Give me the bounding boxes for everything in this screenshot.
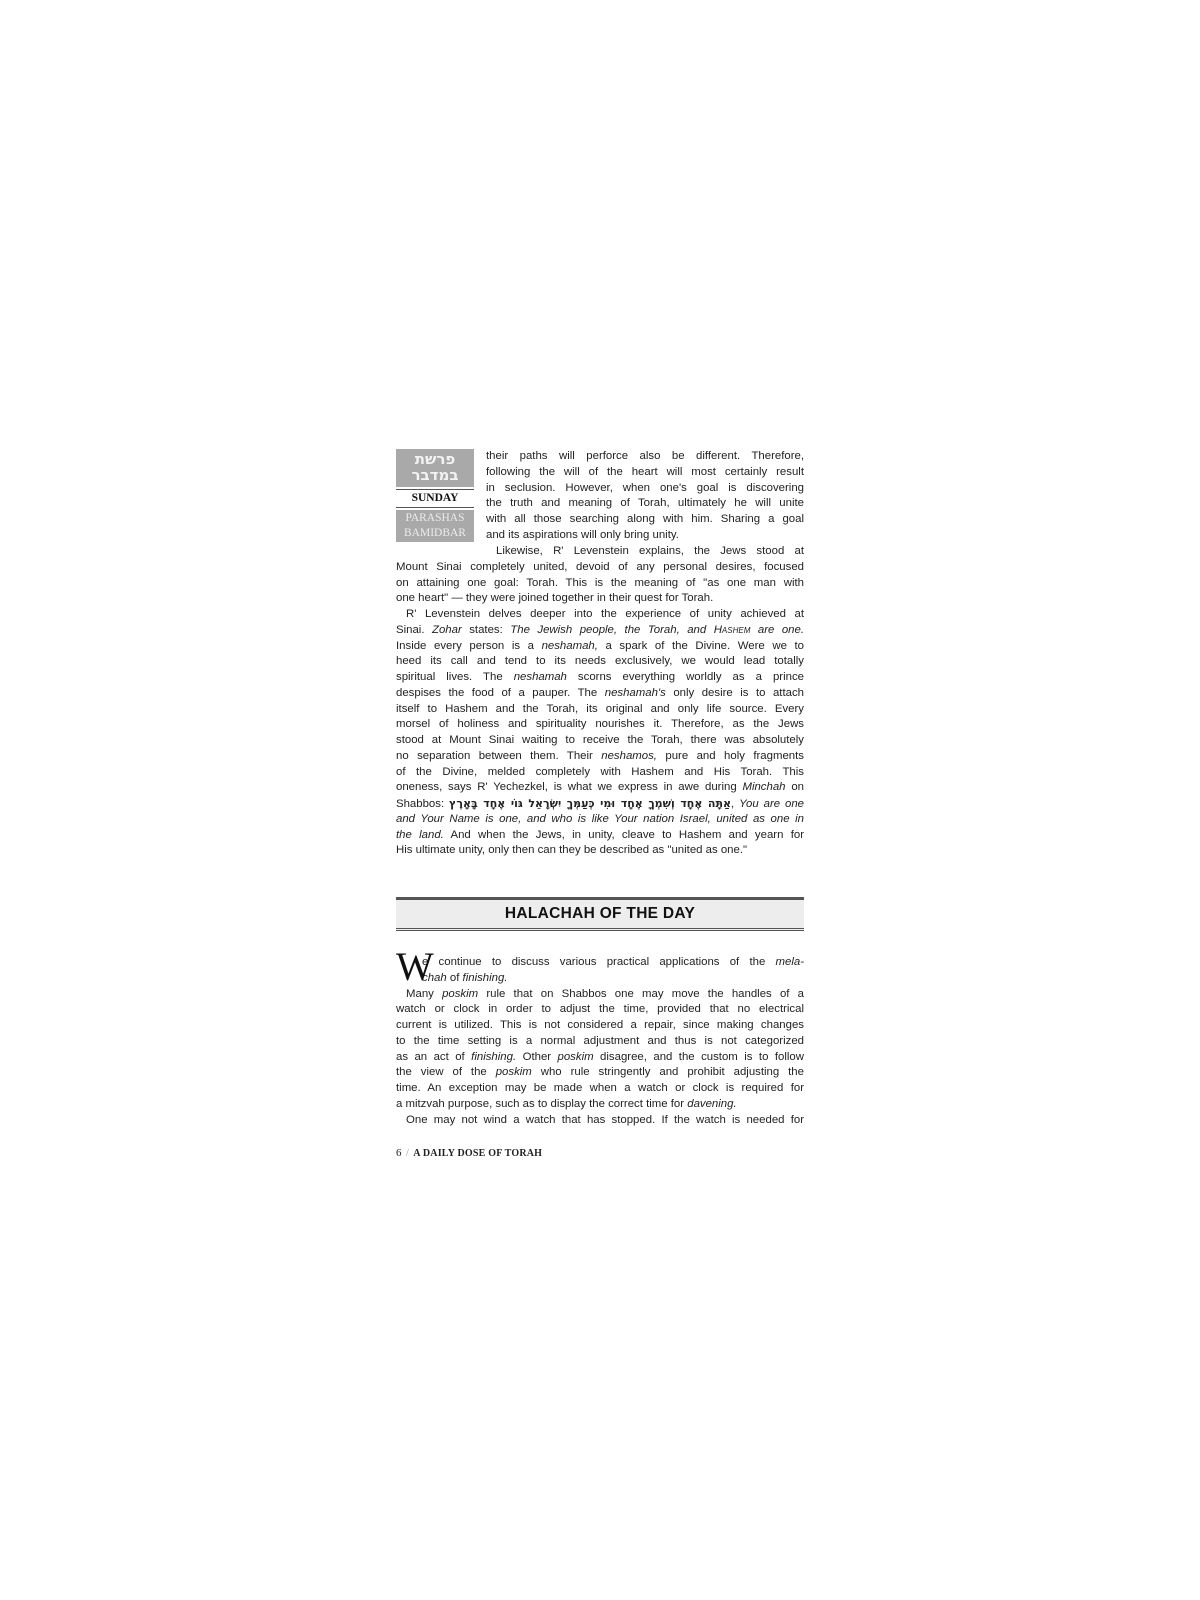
- essay-paragraph-1: their paths will perforce also be differ…: [486, 449, 804, 544]
- text-line: oneness, says R' Yechezkel, is what we e…: [396, 780, 804, 796]
- text-line: in seclusion. However, when one's goal i…: [486, 481, 804, 497]
- text-line: heed its call and tend to its needs excl…: [396, 654, 804, 670]
- hebrew-title-line1: פרשת: [396, 451, 474, 467]
- divider: [396, 507, 474, 508]
- text-line: the view of the poskim who rule stringen…: [396, 1065, 804, 1081]
- text-line: one heart" — they were joined together i…: [396, 591, 804, 607]
- halachah-paragraph-2: Many poskim rule that on Shabbos one may…: [396, 987, 804, 1113]
- essay-paragraph-3: R' Levenstein delves deeper into the exp…: [396, 607, 804, 859]
- text-line: their paths will perforce also be differ…: [486, 449, 804, 465]
- text-line: the truth and meaning of Torah, ultimate…: [486, 496, 804, 512]
- parasha-sidebar-label: פרשת במדבר SUNDAY PARASHAS BAMIDBAR: [396, 449, 474, 542]
- text-line: with all those searching along with him.…: [486, 512, 804, 528]
- text-line: spiritual lives. The neshamah scorns eve…: [396, 670, 804, 686]
- opening-section: פרשת במדבר SUNDAY PARASHAS BAMIDBAR thei…: [396, 449, 804, 544]
- text-line: His ultimate unity, only then can they b…: [396, 843, 804, 859]
- text-line: the land. And when the Jews, in unity, c…: [396, 828, 804, 844]
- text-line: and Your Name is one, and who is like Yo…: [396, 812, 804, 828]
- hebrew-verse: אַתָּה אֶחָד וְשִׁמְךָ אֶחָד וּמִי כְּעַ…: [449, 797, 731, 810]
- hebrew-title-line2: במדבר: [396, 467, 474, 483]
- text-line: watch or clock in order to adjust the ti…: [396, 1002, 804, 1018]
- day-label: SUNDAY: [396, 492, 474, 505]
- text-line: stood at Mount Sinai waiting to receive …: [396, 733, 804, 749]
- text-line: itself to Hashem and the Torah, its orig…: [396, 702, 804, 718]
- text-line: Mount Sinai completely united, devoid of…: [396, 560, 804, 576]
- footer-separator: /: [406, 1148, 409, 1159]
- text-line: to the time setting is a normal adjustme…: [396, 1034, 804, 1050]
- halachah-body: W e continue to discuss various practica…: [396, 955, 804, 1128]
- text-line: e continue to discuss various practical …: [396, 955, 804, 971]
- text-line: following the will of the heart will mos…: [486, 465, 804, 481]
- page-footer: 6 / A DAILY DOSE OF TORAH: [396, 1146, 804, 1162]
- hebrew-parasha-title: פרשת במדבר: [396, 449, 474, 487]
- page-number: 6: [396, 1147, 402, 1159]
- text-line: current is utilized. This is not conside…: [396, 1018, 804, 1034]
- text-line: despises the food of a pauper. The nesha…: [396, 686, 804, 702]
- book-page: פרשת במדבר SUNDAY PARASHAS BAMIDBAR thei…: [396, 449, 804, 1162]
- drop-cap: W: [396, 950, 434, 984]
- text-line: no separation between them. Their nesham…: [396, 749, 804, 765]
- text-line: chah of finishing.: [396, 971, 804, 987]
- text-line: Shabbos: אַתָּה אֶחָד וְשִׁמְךָ אֶחָד וּ…: [396, 796, 804, 812]
- essay-paragraph-2: Likewise, R' Levenstein explains, the Je…: [396, 544, 804, 607]
- text-line: Likewise, R' Levenstein explains, the Je…: [396, 544, 804, 560]
- halachah-section-header: HALACHAH OF THE DAY: [396, 897, 804, 931]
- text-line: Sinai. Zohar states: The Jewish people, …: [396, 623, 804, 639]
- text-line: One may not wind a watch that has stoppe…: [396, 1113, 804, 1129]
- parasha-line2: BAMIDBAR: [396, 526, 474, 541]
- text-line: R' Levenstein delves deeper into the exp…: [396, 607, 804, 623]
- text-line: Many poskim rule that on Shabbos one may…: [396, 987, 804, 1003]
- text-line: and its aspirations will only bring unit…: [486, 528, 804, 544]
- text-line: morsel of holiness and spirituality nour…: [396, 717, 804, 733]
- text-line: of the Divine, melded completely with Ha…: [396, 765, 804, 781]
- text-line: a mitzvah purpose, such as to display th…: [396, 1097, 804, 1113]
- halachah-intro: W e continue to discuss various practica…: [396, 955, 804, 987]
- text-line: time. An exception may be made when a wa…: [396, 1081, 804, 1097]
- english-parasha-title: PARASHAS BAMIDBAR: [396, 510, 474, 542]
- divider: [396, 489, 474, 490]
- text-line: on attaining one goal: Torah. This is th…: [396, 576, 804, 592]
- book-title: A DAILY DOSE OF TORAH: [413, 1148, 542, 1159]
- parasha-line1: PARASHAS: [396, 511, 474, 526]
- text-line: Inside every person is a neshamah, a spa…: [396, 639, 804, 655]
- text-line: as an act of finishing. Other poskim dis…: [396, 1050, 804, 1066]
